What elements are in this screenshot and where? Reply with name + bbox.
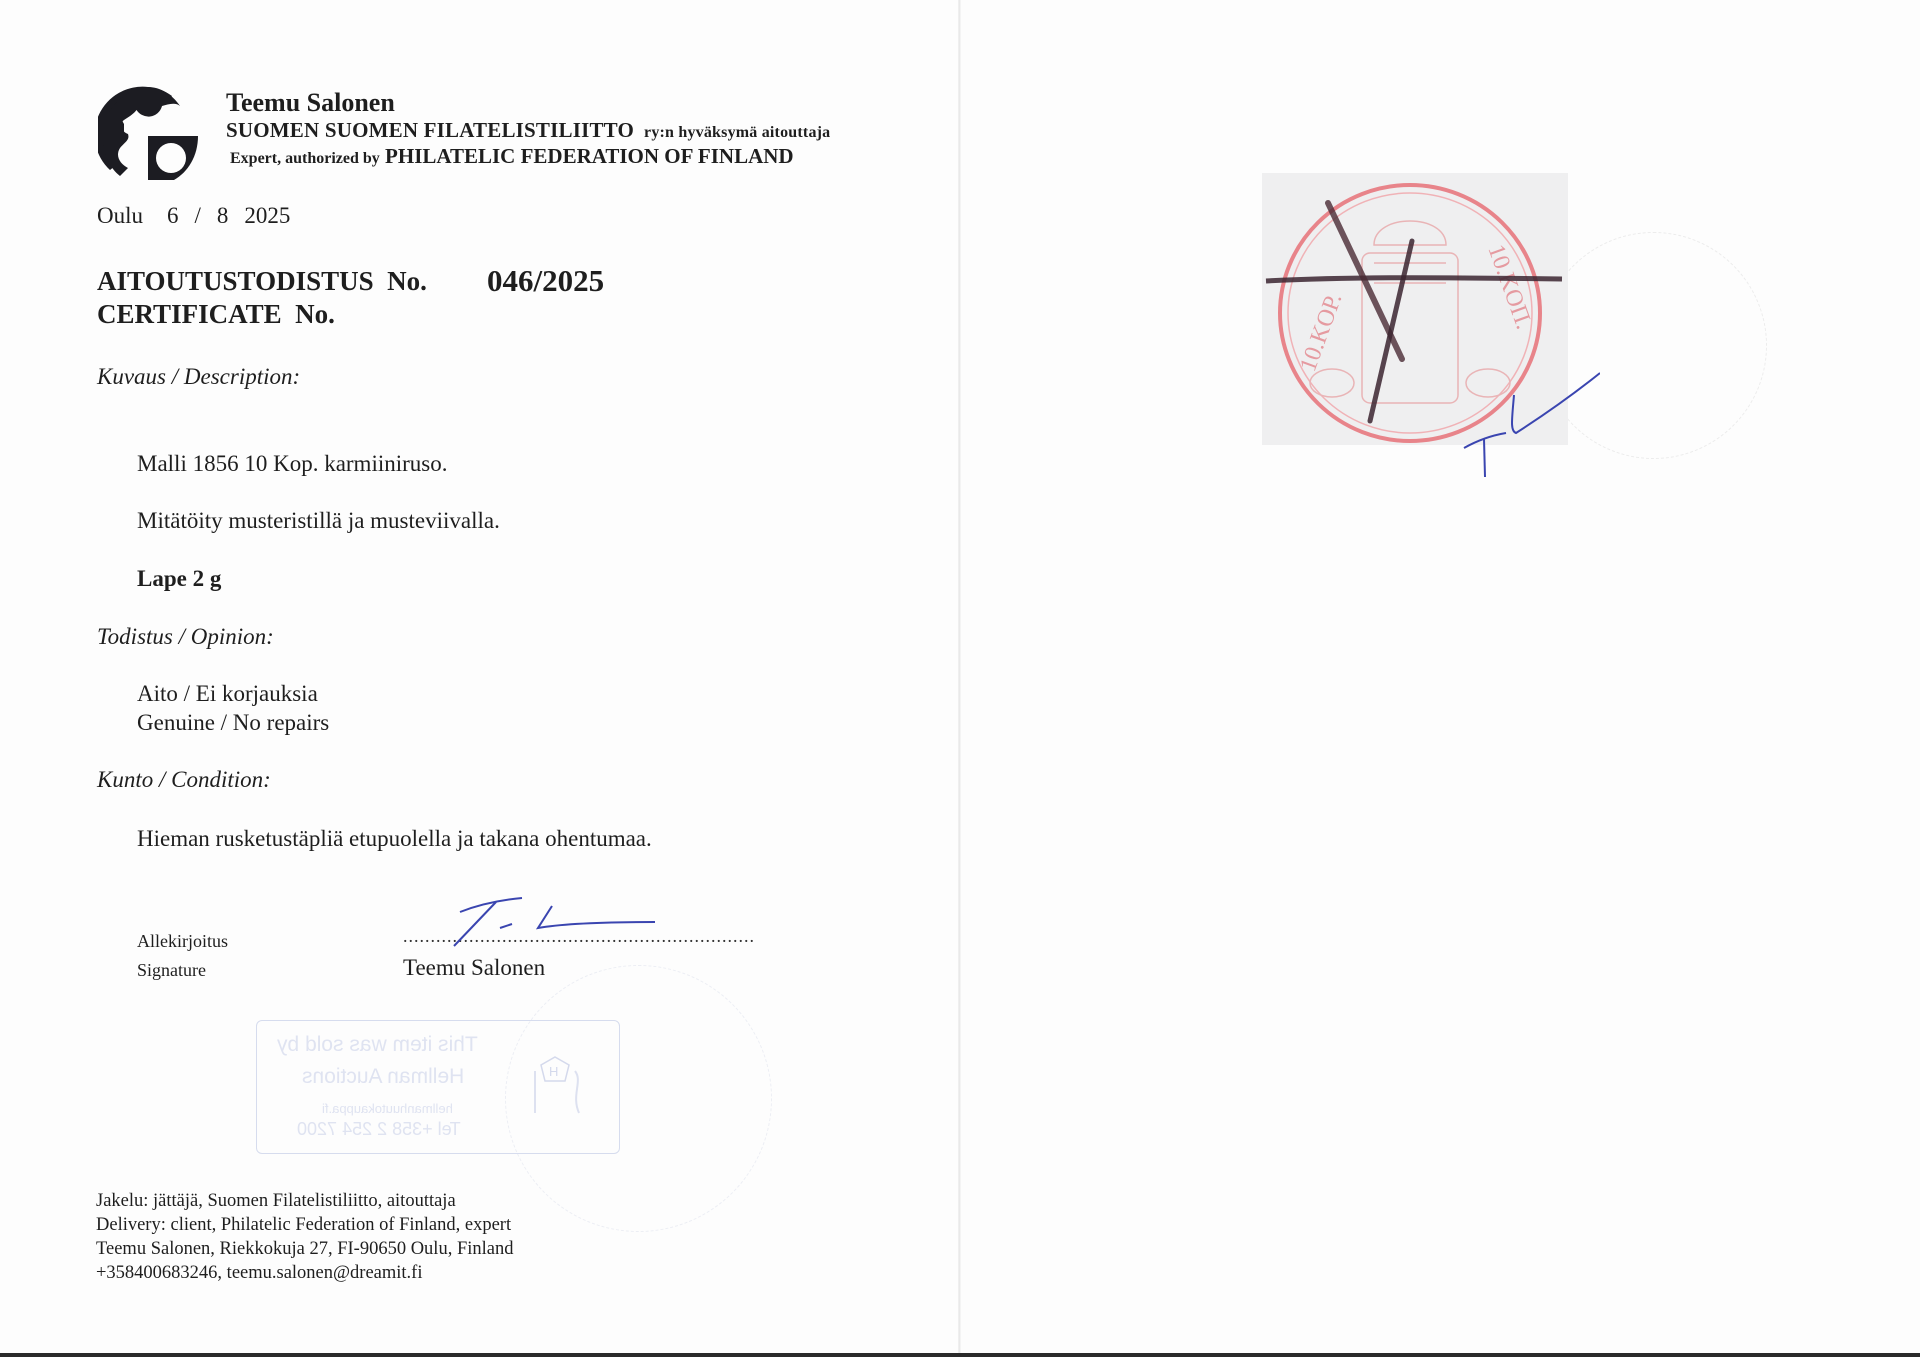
signature-label-en: Signature — [137, 960, 206, 981]
date-year: 2025 — [244, 203, 290, 228]
issue-date: Oulu6/82025 — [97, 203, 306, 229]
expert-prefix: Expert, authorized by — [230, 150, 380, 167]
date-city: Oulu — [97, 203, 143, 228]
certificate-label-fi: AITOUTUSTODISTUS No. — [97, 266, 427, 297]
date-sep: / — [195, 203, 201, 228]
issuer-federation: SUOMEN SUOMEN FILATELISTILIITTOry:n hyvä… — [226, 118, 830, 143]
page-fold-line — [958, 0, 961, 1357]
ghost-line: hellmanhuutokauppa.fi — [322, 1101, 453, 1116]
opinion-line: Aito / Ei korjauksia — [137, 681, 318, 707]
federation-name: SUOMEN SUOMEN FILATELISTILIITTO — [226, 118, 634, 142]
philatelic-federation-logo-icon — [98, 84, 202, 182]
footer-line: Teemu Salonen, Riekkokuja 27, FI-90650 O… — [96, 1239, 513, 1260]
expert-body: PHILATELIC FEDERATION OF FINLAND — [385, 144, 794, 168]
opinion-heading: Todistus / Opinion: — [97, 624, 274, 650]
issuer-name: Teemu Salonen — [226, 88, 395, 118]
certificate-number: 046/2025 — [487, 263, 604, 299]
issuer-authorization: Expert, authorized by PHILATELIC FEDERAT… — [230, 144, 794, 169]
description-line: Mitätöity musteristillä ja musteviivalla… — [137, 508, 500, 534]
footer-line: Delivery: client, Philatelic Federation … — [96, 1215, 511, 1236]
signer-name: Teemu Salonen — [403, 955, 545, 981]
certificate-label-en: CERTIFICATE No. — [97, 299, 335, 330]
description-weight: Lape 2 g — [137, 566, 221, 592]
handwritten-signature-icon — [440, 880, 670, 950]
ghost-line: Hellman Auctions — [302, 1065, 464, 1089]
stamp-signature-icon — [1460, 365, 1600, 480]
scan-bottom-edge — [0, 1353, 1920, 1357]
signature-label-fi: Allekirjoitus — [137, 931, 228, 952]
date-month: 8 — [217, 203, 229, 228]
federation-suffix: ry:n hyväksymä aitouttaja — [644, 124, 830, 141]
footer-line: +358400683246, teemu.salonen@dreamit.fi — [96, 1263, 423, 1284]
description-heading: Kuvaus / Description: — [97, 364, 300, 390]
footer-line: Jakelu: jättäjä, Suomen Filatelistiliitt… — [96, 1191, 456, 1212]
svg-text:H: H — [549, 1064, 558, 1079]
svg-text:10.KOP.: 10.KOP. — [1295, 290, 1347, 375]
condition-text: Hieman rusketustäpliä etupuolella ja tak… — [137, 826, 652, 852]
opinion-line: Genuine / No repairs — [137, 710, 329, 736]
date-day: 6 — [167, 203, 179, 228]
ghost-line: This item was sold by — [277, 1033, 478, 1057]
condition-heading: Kunto / Condition: — [97, 767, 271, 793]
show-through-auction-stamp: This item was sold by Hellman Auctions h… — [256, 1020, 620, 1154]
auction-house-crest-icon: H — [525, 1051, 595, 1121]
ghost-line: Tel +358 2 254 7200 — [297, 1119, 461, 1140]
description-line: Malli 1856 10 Kop. karmiiniruso. — [137, 451, 447, 477]
